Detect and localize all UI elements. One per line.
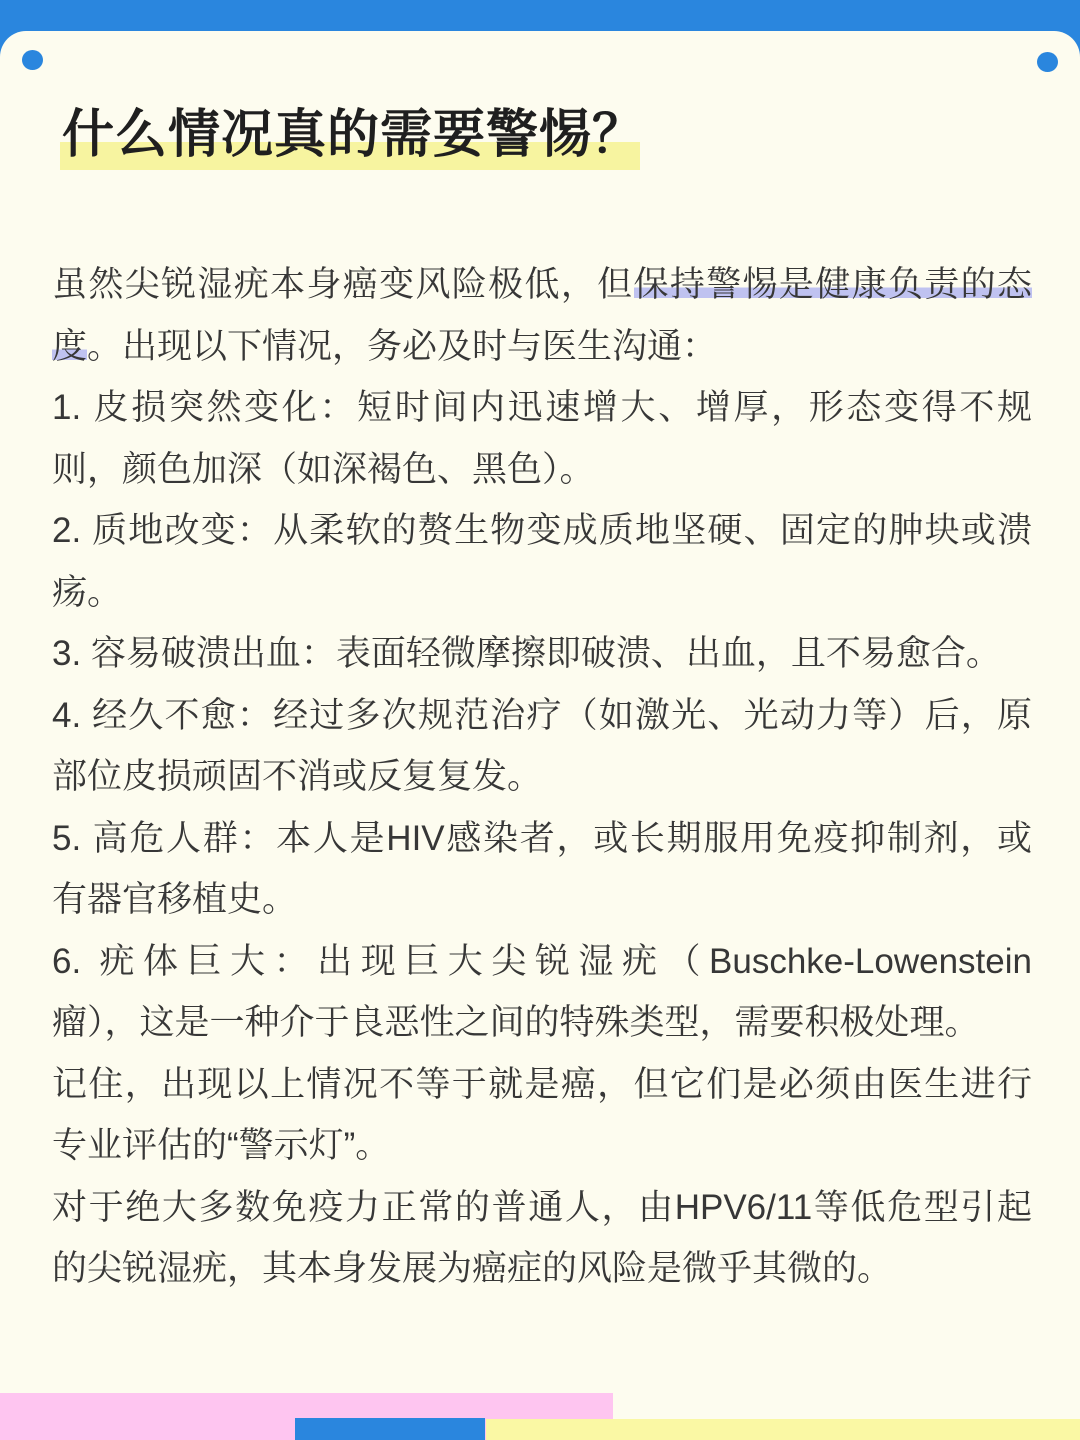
text-segment: 2. 质地改变：从柔软的赘生物变成质地坚硬、固定的肿块或溃 (52, 511, 1032, 550)
body-text: 虽然尖锐湿疣本身癌变风险极低，但保持警惕是健康负责的态度。出现以下情况，务必及时… (52, 254, 1032, 1300)
decor-rect-yellow (486, 1419, 1080, 1440)
text-segment: 则，颜色加深（如深褐色、黑色）。 (52, 450, 595, 489)
text-segment: 6. 疣体巨大：出现巨大尖锐湿疣（Buschke-Lowenstein (52, 942, 1032, 981)
text-segment: 记住，出现以上情况不等于就是癌，但它们是必须由医生进行 (52, 1065, 1032, 1104)
text-line: 有器官移植史。 (52, 869, 1032, 931)
highlighted-text: 度 (52, 327, 87, 366)
page-title: 什么情况真的需要警惕？ (62, 106, 645, 166)
text-segment: 疡。 (52, 573, 122, 612)
text-segment: 4. 经久不愈：经过多次规范治疗（如激光、光动力等）后，原 (52, 696, 1032, 735)
text-line: 的尖锐湿疣，其本身发展为癌症的风险是微乎其微的。 (52, 1238, 1032, 1300)
text-line: 3. 容易破溃出血：表面轻微摩擦即破溃、出血，且不易愈合。 (52, 623, 1032, 685)
text-segment: 。出现以下情况，务必及时与医生沟通： (87, 327, 717, 366)
text-line: 6. 疣体巨大：出现巨大尖锐湿疣（Buschke-Lowenstein (52, 931, 1032, 993)
text-segment: 5. 高危人群：本人是HIV感染者，或长期服用免疫抑制剂，或 (52, 819, 1032, 858)
decor-dot-left (22, 50, 43, 70)
text-segment: 的尖锐湿疣，其本身发展为癌症的风险是微乎其微的。 (52, 1249, 892, 1288)
text-segment: 3. 容易破溃出血：表面轻微摩擦即破溃、出血，且不易愈合。 (52, 634, 1001, 673)
text-line: 对于绝大多数免疫力正常的普通人，由HPV6/11等低危型引起 (52, 1177, 1032, 1239)
text-line: 4. 经久不愈：经过多次规范治疗（如激光、光动力等）后，原 (52, 685, 1032, 747)
highlighted-text: 保持警惕是健康负责的态 (634, 265, 1032, 304)
text-line: 记住，出现以上情况不等于就是癌，但它们是必须由医生进行 (52, 1054, 1032, 1116)
text-line: 瘤），这是一种介于良恶性之间的特殊类型，需要积极处理。 (52, 992, 1032, 1054)
text-line: 专业评估的“警示灯”。 (52, 1115, 1032, 1177)
text-line: 1. 皮损突然变化：短时间内迅速增大、增厚，形态变得不规 (52, 377, 1032, 439)
page: 什么情况真的需要警惕？ 虽然尖锐湿疣本身癌变风险极低，但保持警惕是健康负责的态度… (0, 0, 1080, 1440)
text-line: 疡。 (52, 562, 1032, 624)
decor-rect-blue (295, 1418, 485, 1440)
text-segment: 部位皮损顽固不消或反复复发。 (52, 757, 542, 796)
text-line: 2. 质地改变：从柔软的赘生物变成质地坚硬、固定的肿块或溃 (52, 500, 1032, 562)
text-segment: 瘤），这是一种介于良恶性之间的特殊类型，需要积极处理。 (52, 1003, 980, 1042)
text-segment: 虽然尖锐湿疣本身癌变风险极低，但 (52, 265, 634, 304)
text-line: 则，颜色加深（如深褐色、黑色）。 (52, 439, 1032, 501)
text-segment: 有器官移植史。 (52, 880, 297, 919)
text-line: 虽然尖锐湿疣本身癌变风险极低，但保持警惕是健康负责的态 (52, 254, 1032, 316)
text-line: 部位皮损顽固不消或反复复发。 (52, 746, 1032, 808)
text-segment: 1. 皮损突然变化：短时间内迅速增大、增厚，形态变得不规 (52, 388, 1032, 427)
text-segment: 专业评估的“警示灯”。 (52, 1126, 390, 1165)
decor-dot-right (1037, 52, 1058, 72)
text-line: 度。出现以下情况，务必及时与医生沟通： (52, 316, 1032, 378)
text-segment: 对于绝大多数免疫力正常的普通人，由HPV6/11等低危型引起 (52, 1188, 1032, 1227)
text-line: 5. 高危人群：本人是HIV感染者，或长期服用免疫抑制剂，或 (52, 808, 1032, 870)
